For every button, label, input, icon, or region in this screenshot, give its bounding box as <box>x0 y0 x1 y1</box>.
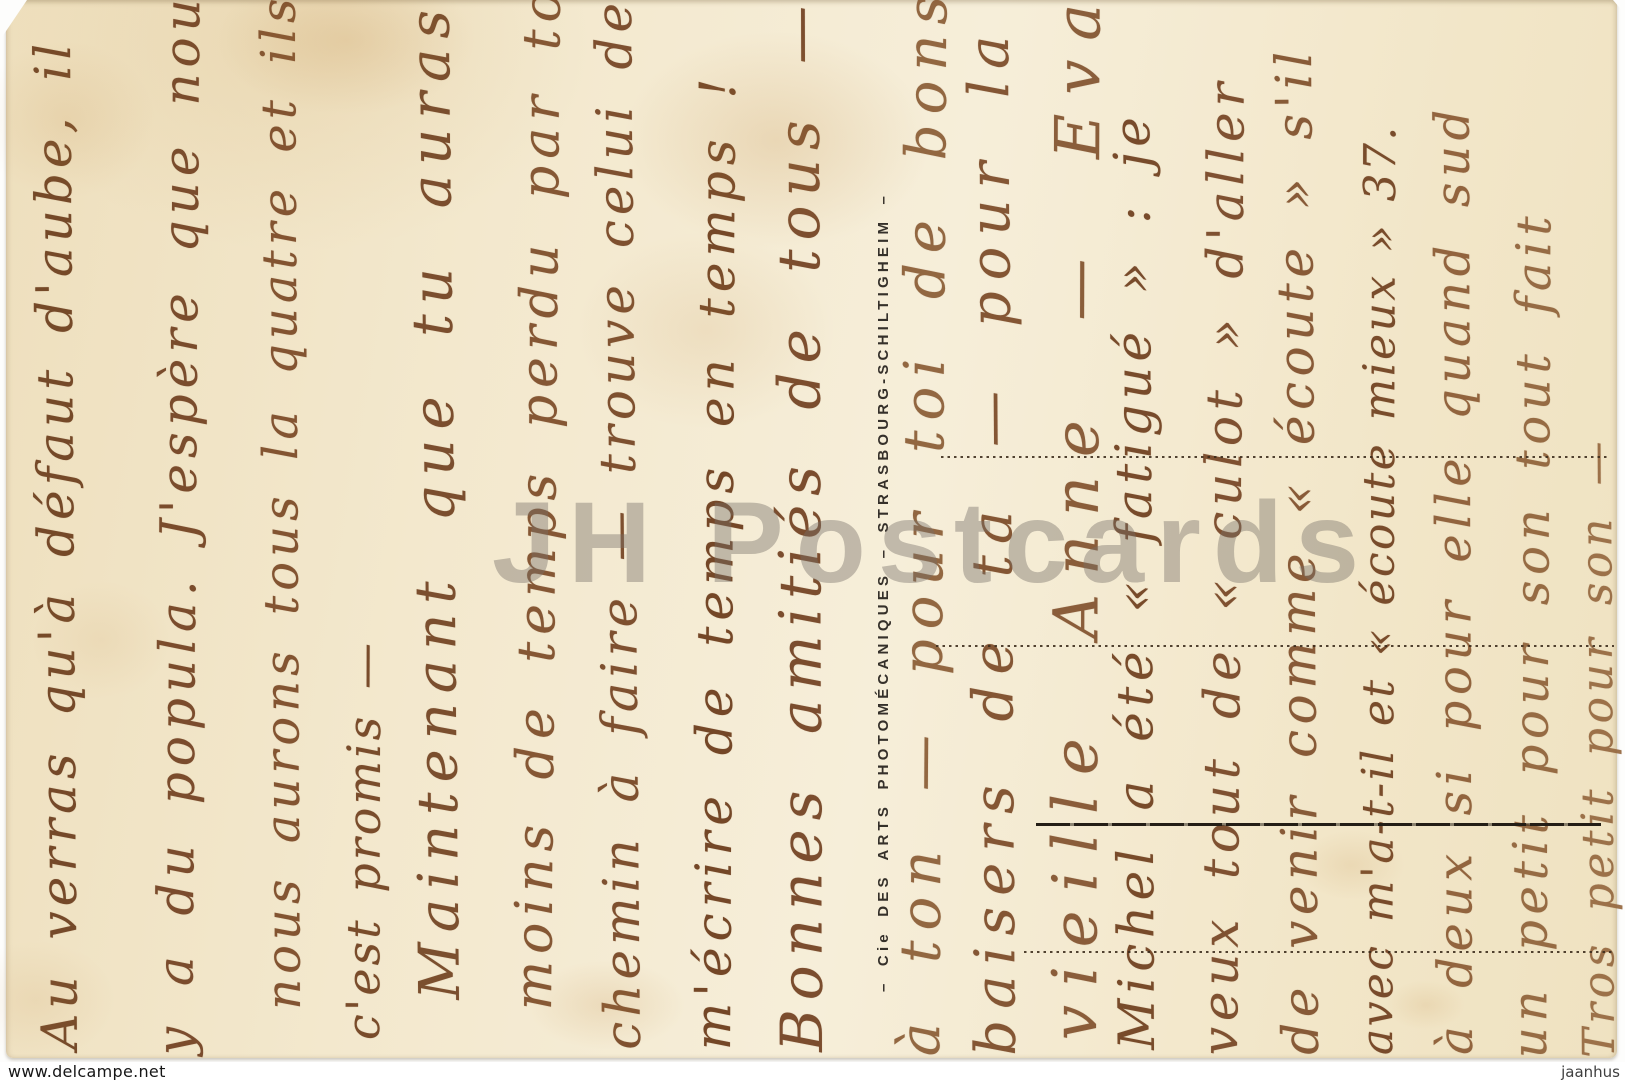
edge-wear <box>0 262 3 306</box>
corner-wear-top-right <box>1613 0 1625 14</box>
handwriting-line: y a du popula. J'espère que nous <box>146 0 212 1055</box>
handwriting-line: avec m'a-t-il et « écoute mieux » 37. <box>1352 124 1406 1055</box>
address-dotted-line <box>1024 951 1614 953</box>
handwriting-line: m'écrire de temps en temps ! <box>684 72 747 1050</box>
handwriting-line: nous aurons tous la quatre et ils <box>251 0 312 1010</box>
handwriting-line: Au verras qu'à défaut d'aube, il <box>24 39 89 1050</box>
postcard-scan: – Cie DES ARTS PHOTOMÉCANIQUES – STRASBO… <box>0 0 1625 1080</box>
handwriting-line: c'est promis — <box>336 640 391 1040</box>
handwriting-line: Tros petit pour son — <box>1571 437 1625 1058</box>
seller-watermark: jaanhus <box>1561 1063 1620 1080</box>
address-dotted-line <box>1036 823 1601 826</box>
handwriting-line: chemin à faire — trouve celui de <box>585 0 652 1050</box>
address-dotted-line <box>936 645 1614 647</box>
handwriting-line: Bonnes amitiés de tous — <box>764 0 836 1052</box>
handwriting-line: à ton — pour toi de bons <box>888 0 960 1056</box>
scan-bottom-strip: www.delcampe.net jaanhus <box>0 1062 1625 1080</box>
handwriting-line: Michel a été « fatigué » : je <box>1103 112 1166 1050</box>
postcard-back-paper: – Cie DES ARTS PHOTOMÉCANIQUES – STRASBO… <box>6 0 1617 1058</box>
handwriting-line: Maintenant que tu auras <box>398 0 473 1000</box>
handwriting-line: veux tout de « culot » d'aller <box>1191 77 1256 1056</box>
handwriting-line: moins de temps perdu par toi <box>504 0 573 1011</box>
handwriting-line: à deux si pour elle quand sud <box>1425 104 1484 1055</box>
handwriting-line: de venir comme « écoute » s'il <box>1265 46 1330 1055</box>
address-dotted-line <box>941 456 1609 458</box>
delcampe-watermark: www.delcampe.net <box>8 1062 166 1080</box>
corner-wear-top-left <box>0 0 27 40</box>
handwriting-line: baisers de ta — pour la <box>957 24 1029 1056</box>
handwriting-line: un petit pour son tout fait <box>1502 211 1562 1059</box>
edge-wear <box>0 868 2 918</box>
